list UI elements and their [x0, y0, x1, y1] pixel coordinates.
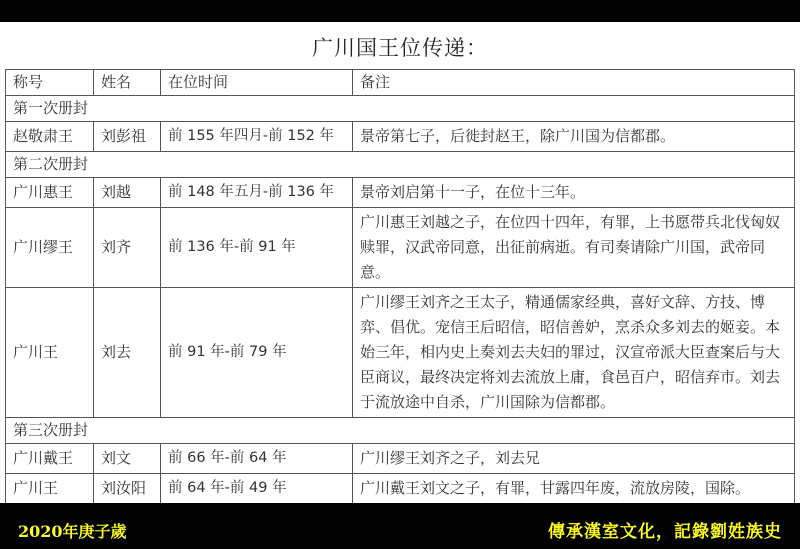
section-heading: 第二次册封	[6, 152, 795, 178]
cell-title: 广川戴王	[6, 444, 94, 474]
table-row: 广川戴王 刘文 前 66 年-前 64 年 广川缪王刘齐之子，刘去兄	[6, 444, 795, 474]
cell-title: 广川缪王	[6, 208, 94, 288]
table-row: 广川王 刘去 前 91 年-前 79 年 广川缪王刘齐之王太子，精通儒家经典，喜…	[6, 288, 795, 418]
table-row: 广川王 刘汝阳 前 64 年-前 49 年 广川戴王刘文之子，有罪，甘露四年废，…	[6, 474, 795, 504]
cell-name: 刘越	[94, 178, 161, 208]
cell-note: 景帝第七子，后徙封赵王，除广川国为信都郡。	[353, 122, 795, 152]
table-row: 广川惠王 刘越 前 148 年五月-前 136 年 景帝刘启第十一子，在位十三年…	[6, 178, 795, 208]
section-heading: 第一次册封	[6, 96, 795, 122]
cell-note: 广川缪王刘齐之子，刘去兄	[353, 444, 795, 474]
cell-name: 刘去	[94, 288, 161, 418]
cell-reign: 前 136 年-前 91 年	[161, 208, 353, 288]
cell-reign: 前 66 年-前 64 年	[161, 444, 353, 474]
cell-note: 广川戴王刘文之子，有罪，甘露四年废，流放房陵，国除。	[353, 474, 795, 504]
succession-table: 称号 姓名 在位时间 备注 第一次册封 赵敬肃王 刘彭祖 前 155 年四月-前…	[5, 69, 795, 530]
column-header-title: 称号	[6, 70, 94, 96]
cell-note: 广川惠王刘越之子，在位四十四年，有罪，上书愿带兵北伐匈奴赎罪，汉武帝同意，出征前…	[353, 208, 795, 288]
bottom-banner: 2020年庚子歲 傳承漢室文化，記錄劉姓族史	[0, 503, 800, 549]
section-heading: 第三次册封	[6, 418, 795, 444]
banner-slogan-text: 傳承漢室文化，記錄劉姓族史	[548, 517, 782, 542]
cell-reign: 前 91 年-前 79 年	[161, 288, 353, 418]
table-header-row: 称号 姓名 在位时间 备注	[6, 70, 795, 96]
cell-name: 刘文	[94, 444, 161, 474]
section-heading-row: 第二次册封	[6, 152, 795, 178]
cell-reign: 前 148 年五月-前 136 年	[161, 178, 353, 208]
cell-name: 刘齐	[94, 208, 161, 288]
column-header-reign: 在位时间	[161, 70, 353, 96]
column-header-name: 姓名	[94, 70, 161, 96]
cell-title: 广川王	[6, 288, 94, 418]
document-page: 广川国王位传递： 称号 姓名 在位时间 备注 第一次册封 赵敬肃王 刘彭祖 前 …	[0, 22, 800, 503]
cell-name: 刘汝阳	[94, 474, 161, 504]
cell-title: 广川惠王	[6, 178, 94, 208]
page-title: 广川国王位传递：	[0, 32, 800, 62]
banner-year-text: 2020年庚子歲	[18, 519, 127, 542]
cell-note: 广川缪王刘齐之王太子，精通儒家经典，喜好文辞、方技、博弈、倡优。宠信王后昭信，昭…	[353, 288, 795, 418]
cell-note: 景帝刘启第十一子，在位十三年。	[353, 178, 795, 208]
table-row: 赵敬肃王 刘彭祖 前 155 年四月-前 152 年 景帝第七子，后徙封赵王，除…	[6, 122, 795, 152]
table-row: 广川缪王 刘齐 前 136 年-前 91 年 广川惠王刘越之子，在位四十四年，有…	[6, 208, 795, 288]
cell-reign: 前 64 年-前 49 年	[161, 474, 353, 504]
cell-name: 刘彭祖	[94, 122, 161, 152]
cell-title: 赵敬肃王	[6, 122, 94, 152]
cell-reign: 前 155 年四月-前 152 年	[161, 122, 353, 152]
column-header-note: 备注	[353, 70, 795, 96]
section-heading-row: 第三次册封	[6, 418, 795, 444]
section-heading-row: 第一次册封	[6, 96, 795, 122]
top-black-bar	[0, 0, 800, 22]
cell-title: 广川王	[6, 474, 94, 504]
